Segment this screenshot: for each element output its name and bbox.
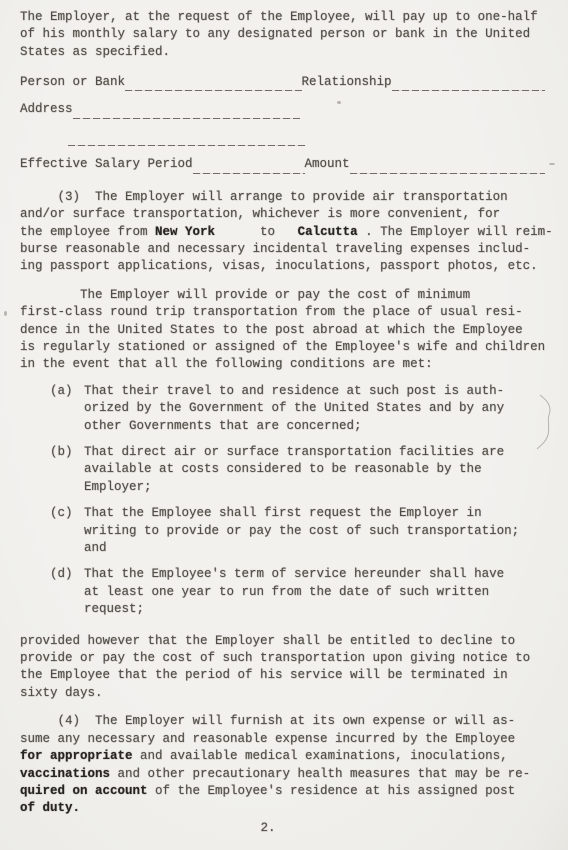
scan-artifact-dot [549,163,555,165]
scan-artifact-dot [4,311,7,316]
condition-text: That the Employee shall first request th… [84,505,519,557]
amount-label: Amount [305,156,350,173]
person-or-bank-row: Person or Bank Relationship [20,74,545,91]
address-label: Address [20,101,73,118]
condition-item-d: (d) That the Employee's term of service … [50,566,545,618]
salary-period-row: Effective Salary Period Amount [20,157,545,174]
scan-artifact-dot [337,101,341,104]
scanned-contract-page: The Employer, at the request of the Empl… [0,0,568,850]
paragraph-family-transportation: The Employer will provide or pay the cos… [20,287,545,374]
condition-text: That the Employee's term of service here… [84,566,504,618]
amount-field [350,159,545,174]
intro-paragraph: The Employer, at the request of the Empl… [20,9,545,61]
address-row-2 [20,129,545,146]
condition-item-c: (c) That the Employee shall first reques… [50,505,545,557]
relationship-field [392,76,545,91]
condition-label: (c) [50,505,84,557]
salary-designation-form: Person or Bank Relationship Address Effe… [20,74,545,174]
condition-item-a: (a) That their travel to and residence a… [50,383,545,435]
condition-text: That direct air or surface transportatio… [84,444,504,496]
paragraph-4-medical: (4) The Employer will furnish at its own… [20,713,545,817]
paragraph-proviso: provided however that the Employer shall… [20,633,545,703]
condition-label: (a) [50,383,84,435]
page-number: 2. [0,820,536,837]
condition-item-b: (b) That direct air or surface transport… [50,444,545,496]
effective-salary-period-label: Effective Salary Period [20,156,193,173]
address-field [73,104,300,119]
paragraph-3-transportation: (3) The Employer will arrange to provide… [20,189,545,276]
effective-salary-period-field [193,159,305,174]
relationship-label: Relationship [302,74,392,91]
address-row: Address [20,102,545,119]
condition-text: That their travel to and residence at su… [84,383,504,435]
address-field-line2 [68,131,306,146]
condition-label: (b) [50,444,84,496]
person-or-bank-label: Person or Bank [20,74,125,91]
condition-label: (d) [50,566,84,618]
person-or-bank-field [125,76,301,91]
